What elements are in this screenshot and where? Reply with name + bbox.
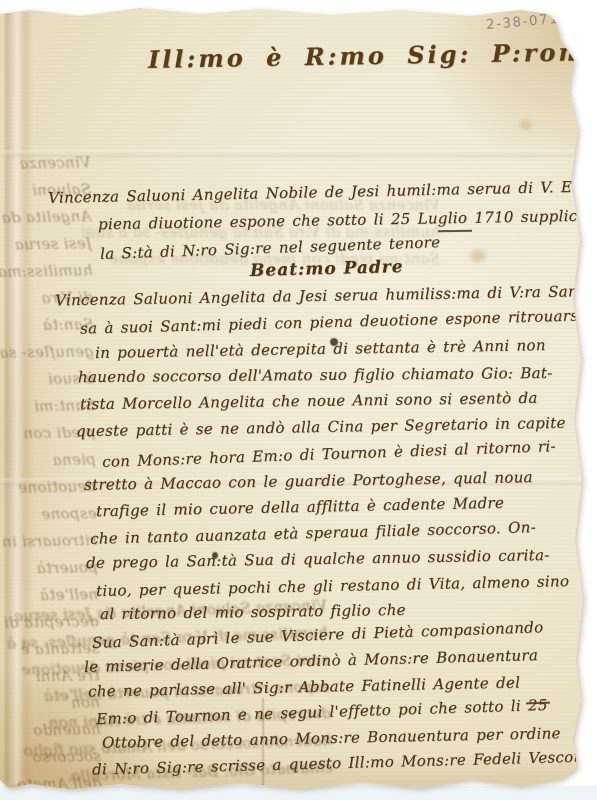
fox-spot-1 [470,250,486,262]
manuscript-line: Vincenza Saluoni Angelita Nobile de Jesi… [48,177,597,207]
manuscript-line: al ritorno del mio sospirato figlio che [100,601,406,623]
manuscript-page-wrapper: Vincenza Saluoni Angelita da Jesi serua … [0,0,597,800]
fox-spot-2 [520,120,532,130]
horizontal-crease-upper [0,150,597,157]
inventory-number: 2-38-071 [485,11,559,33]
ink-blot-1 [330,338,338,346]
manuscript-line: Ottobre del detto anno Mons:re Bonauentu… [102,724,561,752]
manuscript-line: Em:o di Tournon e ne seguì l'effetto poi… [96,696,548,728]
ink-blot-2 [212,552,218,559]
manuscript-line: sa à suoi Sant:mi piedi con piena deuoti… [80,306,584,337]
manuscript-line: le miserie della Oratrice ordinò à Mons:… [84,646,538,676]
manuscript-line: di N:ro Sig:re scrisse a questo Ill:mo M… [92,747,593,778]
date-underline-1710 [438,230,472,232]
manuscript-line: che ne parlasse all' Sig:r Abbate Fatine… [88,673,521,700]
manuscript-line: in pouertà nell'età decrepita di settant… [95,336,546,362]
manuscript-line: de prego la San:tà Sua di qualche annuo … [86,546,550,572]
manuscript-page: Vincenza Saluoni Angelita da Jesi serua … [0,0,597,800]
manuscript-line: Vincenza Saluoni Angelita da Jesi serua … [55,281,597,310]
manuscript-line: trafige il mio cuore della afflitta è ca… [96,494,504,521]
manuscript-line: tiuo, per questi pochi che gli restano d… [96,572,570,600]
manuscript-line: hauendo soccorso dell'Amato suo figlio c… [78,364,553,386]
manuscript-line: stretto à Maccao con le guardie Portoghe… [84,468,533,494]
manuscript-line: con Mons:re hora Em:o di Tournon è diesi… [102,437,556,471]
salutation-heading: Ill:mo è R:mo Sig: P:ron Col:mo [148,35,597,74]
manuscript-line: tista Morcello Angelita che noue Anni so… [80,389,538,413]
left-fold-crease [5,12,33,784]
manuscript-line: che in tanto auanzata età speraua filial… [90,518,536,548]
manuscript-line: piena diuotione espone che sotto li 25 L… [98,207,587,234]
manuscript-line: queste patti è se ne andò alla Cina per … [76,414,566,441]
inner-heading-beatissimo-padre: Beat:mo Padre [250,257,404,281]
